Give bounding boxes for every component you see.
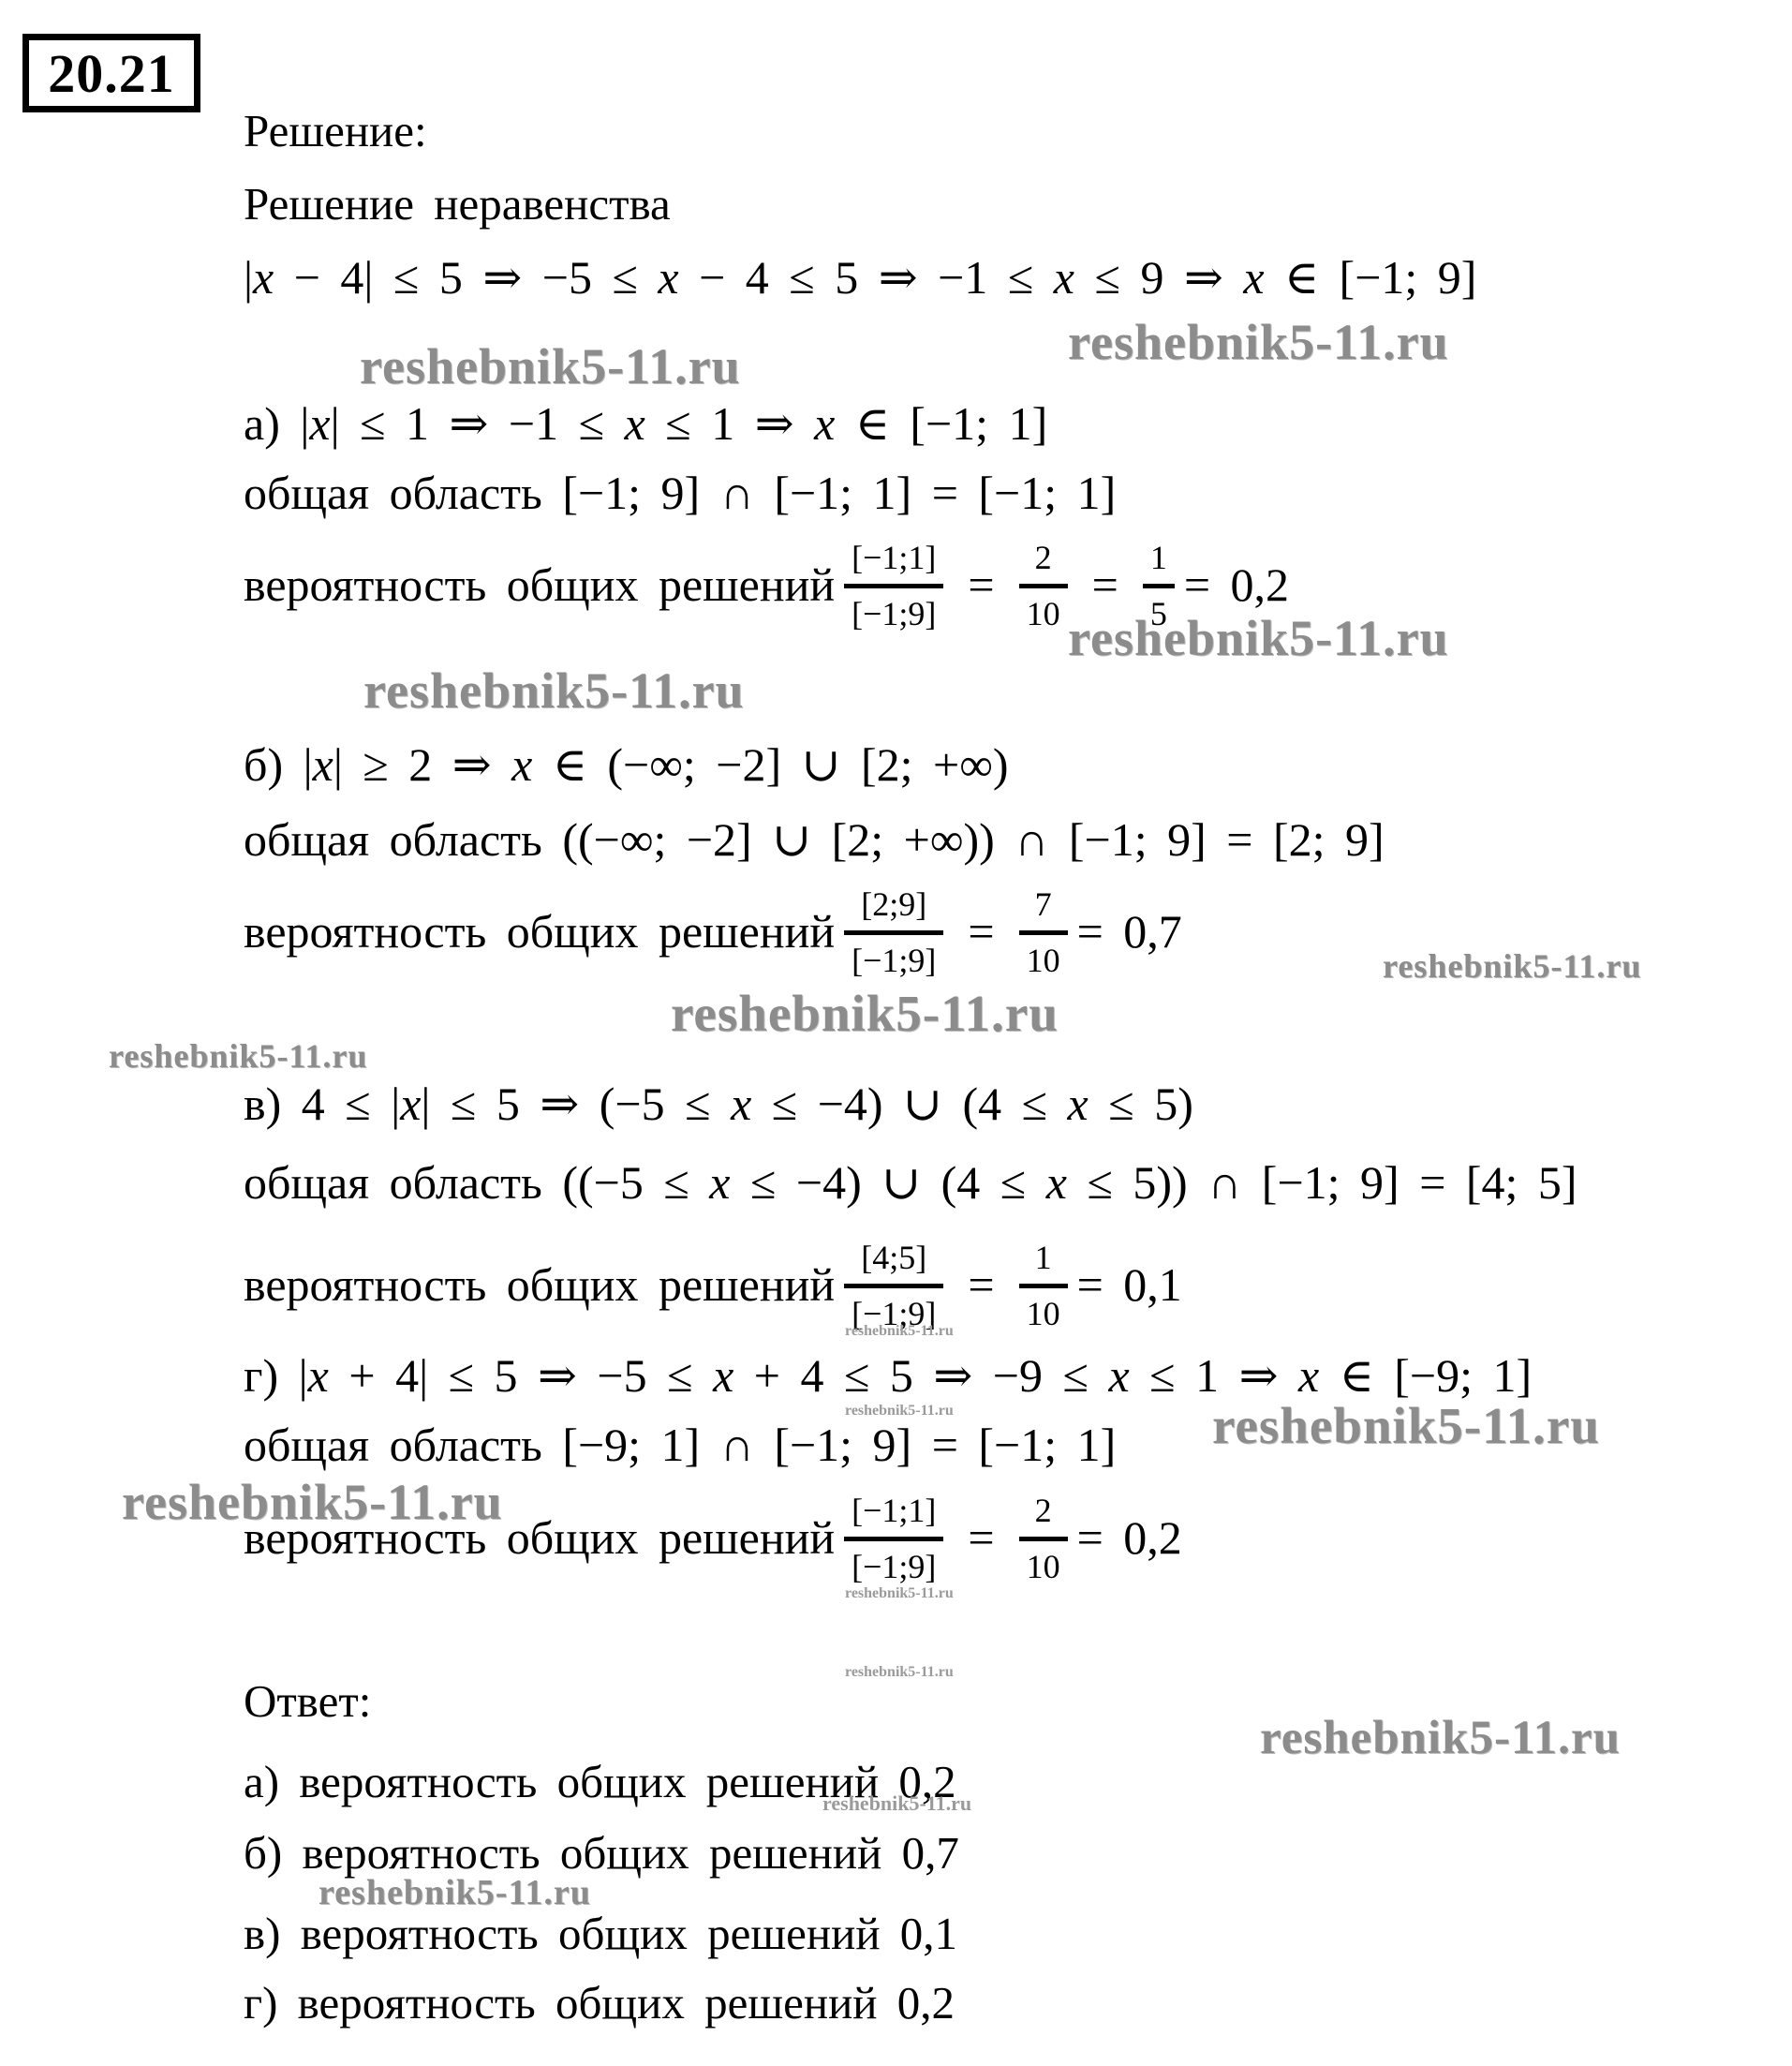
fraction-denominator: 10 (1019, 935, 1068, 982)
fraction-a-2-10: 2 10 (1019, 537, 1068, 635)
solution-label: Решение: (244, 105, 427, 157)
answer-label: Ответ: (244, 1675, 371, 1728)
prob-line-b: вероятность общих решений [2;9] [−1;9] =… (244, 876, 1182, 988)
problem-number: 20.21 (48, 42, 175, 105)
fraction-numerator: [2;9] (844, 884, 943, 935)
fraction-denominator: [−1;9] (844, 1541, 943, 1588)
watermark: reshebnik5-11.ru (360, 337, 741, 395)
fraction-numerator: 1 (1143, 537, 1175, 588)
watermark: reshebnik5-11.ru (1383, 946, 1641, 986)
fraction-numerator: 1 (1019, 1237, 1068, 1288)
watermark: reshebnik5-11.ru (109, 1036, 367, 1076)
fraction-numerator: 2 (1019, 1490, 1068, 1541)
region-line-b: общая область ((−∞; −2] ∪ [2; +∞)) ∩ [−1… (244, 813, 1385, 868)
fraction-g-2-10: 2 10 (1019, 1490, 1068, 1588)
watermark: reshebnik5-11.ru (845, 1664, 954, 1681)
prob-label-a: вероятность общих решений (244, 558, 835, 613)
equals-sign: = (968, 1258, 994, 1313)
prob-label-b: вероятность общих решений (244, 905, 835, 959)
watermark: reshebnik5-11.ru (1212, 1396, 1600, 1455)
fraction-v-1-10: 1 10 (1019, 1237, 1068, 1335)
fraction-v-intervals: [4;5] [−1;9] (844, 1237, 943, 1335)
equals-sign: = (968, 905, 994, 959)
watermark: reshebnik5-11.ru (1068, 313, 1449, 371)
fraction-g-intervals: [−1;1] [−1;9] (844, 1490, 943, 1588)
watermark: reshebnik5-11.ru (845, 1403, 954, 1419)
equals-sign: = (1092, 558, 1118, 613)
fraction-numerator: [−1;1] (844, 1490, 943, 1541)
answer-item-g: г) вероятность общих решений 0,2 (244, 1977, 955, 2029)
intro-line: Решение неравенства (244, 178, 671, 230)
region-line-a: общая область [−1; 9] ∩ [−1; 1] = [−1; 1… (244, 467, 1116, 521)
case-line-b: б) |x| ≥ 2 ⇒ x ∈ (−∞; −2] ∪ [2; +∞) (244, 738, 1009, 793)
watermark: reshebnik5-11.ru (363, 661, 745, 720)
watermark: reshebnik5-11.ru (845, 1585, 954, 1602)
equals-sign: = (968, 558, 994, 613)
case-line-g: г) |x + 4| ≤ 5 ⇒ −5 ≤ x + 4 ≤ 5 ⇒ −9 ≤ x… (244, 1349, 1532, 1404)
main-inequality-line: |x − 4| ≤ 5 ⇒ −5 ≤ x − 4 ≤ 5 ⇒ −1 ≤ x ≤ … (244, 251, 1476, 305)
fraction-denominator: [−1;9] (844, 935, 943, 982)
region-line-g: общая область [−9; 1] ∩ [−1; 9] = [−1; 1… (244, 1419, 1116, 1473)
region-line-v: общая область ((−5 ≤ x ≤ −4) ∪ (4 ≤ x ≤ … (244, 1156, 1577, 1211)
fraction-numerator: [4;5] (844, 1237, 943, 1288)
prob-result-v: = 0,1 (1077, 1258, 1182, 1313)
solution-page: 20.21 Решение: Решение неравенства |x − … (0, 0, 1792, 2066)
watermark: reshebnik5-11.ru (822, 1791, 971, 1816)
prob-result-g: = 0,2 (1077, 1511, 1182, 1566)
prob-label-v: вероятность общих решений (244, 1258, 835, 1313)
prob-result-a: = 0,2 (1184, 558, 1289, 613)
fraction-denominator: [−1;9] (844, 588, 943, 635)
fraction-denominator: 10 (1019, 1288, 1068, 1335)
watermark: reshebnik5-11.ru (1260, 1711, 1621, 1765)
watermark: reshebnik5-11.ru (122, 1473, 503, 1531)
fraction-numerator: 2 (1019, 537, 1068, 588)
fraction-numerator: [−1;1] (844, 537, 943, 588)
fraction-a-intervals: [−1;1] [−1;9] (844, 537, 943, 635)
watermark: reshebnik5-11.ru (671, 984, 1059, 1043)
watermark: reshebnik5-11.ru (318, 1872, 591, 1913)
problem-number-box: 20.21 (22, 34, 200, 112)
fraction-denominator: 10 (1019, 1541, 1068, 1588)
prob-result-b: = 0,7 (1077, 905, 1182, 959)
case-line-v: в) 4 ≤ |x| ≤ 5 ⇒ (−5 ≤ x ≤ −4) ∪ (4 ≤ x … (244, 1078, 1193, 1132)
fraction-b-7-10: 7 10 (1019, 884, 1068, 982)
equals-sign: = (968, 1511, 994, 1566)
watermark: reshebnik5-11.ru (845, 1323, 954, 1340)
fraction-numerator: 7 (1019, 884, 1068, 935)
case-line-a: а) |x| ≤ 1 ⇒ −1 ≤ x ≤ 1 ⇒ x ∈ [−1; 1] (244, 397, 1047, 452)
watermark: reshebnik5-11.ru (1068, 609, 1449, 667)
answer-item-v: в) вероятность общих решений 0,1 (244, 1908, 957, 1960)
prob-line-v: вероятность общих решений [4;5] [−1;9] =… (244, 1229, 1182, 1342)
fraction-b-intervals: [2;9] [−1;9] (844, 884, 943, 982)
fraction-denominator: 10 (1019, 588, 1068, 635)
